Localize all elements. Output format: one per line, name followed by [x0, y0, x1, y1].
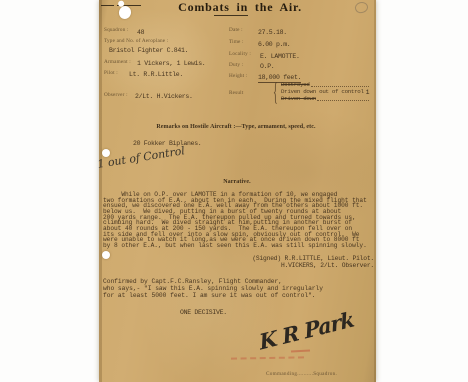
narrative-text: While on O.P. over LAMOTTE in a formatio…	[103, 192, 367, 249]
remarks-heading: Remarks on Hostile Aircraft :—Type, arma…	[130, 124, 342, 130]
punch-hole-left-2	[102, 251, 110, 259]
field-label-locality: Locality :	[229, 51, 251, 57]
commanding-squadron-line: Commanding..........Squadron.	[266, 371, 337, 377]
field-value-observer: 2/Lt. H.Vickers.	[135, 93, 193, 100]
field-value-pilot: Lt. R.R.Little.	[129, 71, 183, 78]
field-label-date: Date :	[229, 27, 243, 33]
narrative-line: by 8 other E.A., but when last seen this…	[103, 243, 367, 249]
field-value-time: 6.00 p.m.	[258, 41, 290, 48]
dotted-leader	[317, 100, 369, 101]
field-label-result: Result	[229, 90, 243, 96]
field-label-height: Height :	[229, 73, 247, 79]
field-value-armament: 1 Vickers, 1 Lewis.	[137, 60, 205, 67]
field-label-squadron: Squadron :	[104, 27, 129, 33]
confirmation-line: for at least 5000 feet. I am sure it was…	[103, 292, 323, 299]
scanned-combat-report-page: Combats in the Air. Squadron : 48 Type a…	[0, 0, 468, 382]
confirmation-line: who says,- "I saw this E.A. spinning slo…	[103, 285, 323, 292]
field-label-duty: Duty :	[229, 62, 243, 68]
result-count-mark: 1	[366, 89, 370, 96]
dotted-leader	[311, 86, 369, 87]
result-brace: {	[273, 80, 278, 108]
field-label-pilot: Pilot :	[104, 70, 118, 76]
signed-pilot-line: (Signed) R.R.LITTLE, Lieut. Pilot.	[252, 255, 374, 262]
field-label-time: Time :	[229, 39, 244, 45]
narrative-heading: Narrative.	[200, 179, 274, 185]
field-value-duty: O.P.	[260, 63, 274, 70]
field-label-armament: Armament :	[104, 59, 131, 65]
punch-hole-left-1	[102, 149, 110, 157]
field-label-aeroplane: Type and No. of Aeroplane :	[104, 38, 168, 44]
field-value-height: 18,000 feet.	[258, 74, 301, 81]
result-option-text: Destroyed	[281, 81, 310, 88]
result-option-driven-down: Driven down	[281, 96, 370, 102]
result-option-text: Driven down out of control	[281, 88, 364, 95]
field-value-locality: E. LAMOTTE.	[260, 53, 300, 60]
page-title: Combats in the Air.	[140, 0, 340, 15]
result-option-text: Driven down	[281, 95, 316, 102]
field-value-squadron: 48	[137, 29, 144, 36]
field-value-aeroplane: Bristol Fighter C.841.	[109, 47, 188, 54]
signed-observer-line: H.VICKERS, 2/Lt. Observer.	[281, 262, 374, 269]
confirmation-text: Confirmed by Capt.F.C.Ransley, Flight Co…	[103, 278, 323, 299]
header-rule-left	[101, 5, 114, 6]
confirmation-line: Confirmed by Capt.F.C.Ransley, Flight Co…	[103, 278, 323, 285]
field-label-observer: Observer :	[104, 92, 128, 98]
field-value-date: 27.5.18.	[258, 29, 287, 36]
title-underline	[214, 15, 248, 16]
verdict-text: ONE DECISIVE.	[180, 309, 227, 316]
